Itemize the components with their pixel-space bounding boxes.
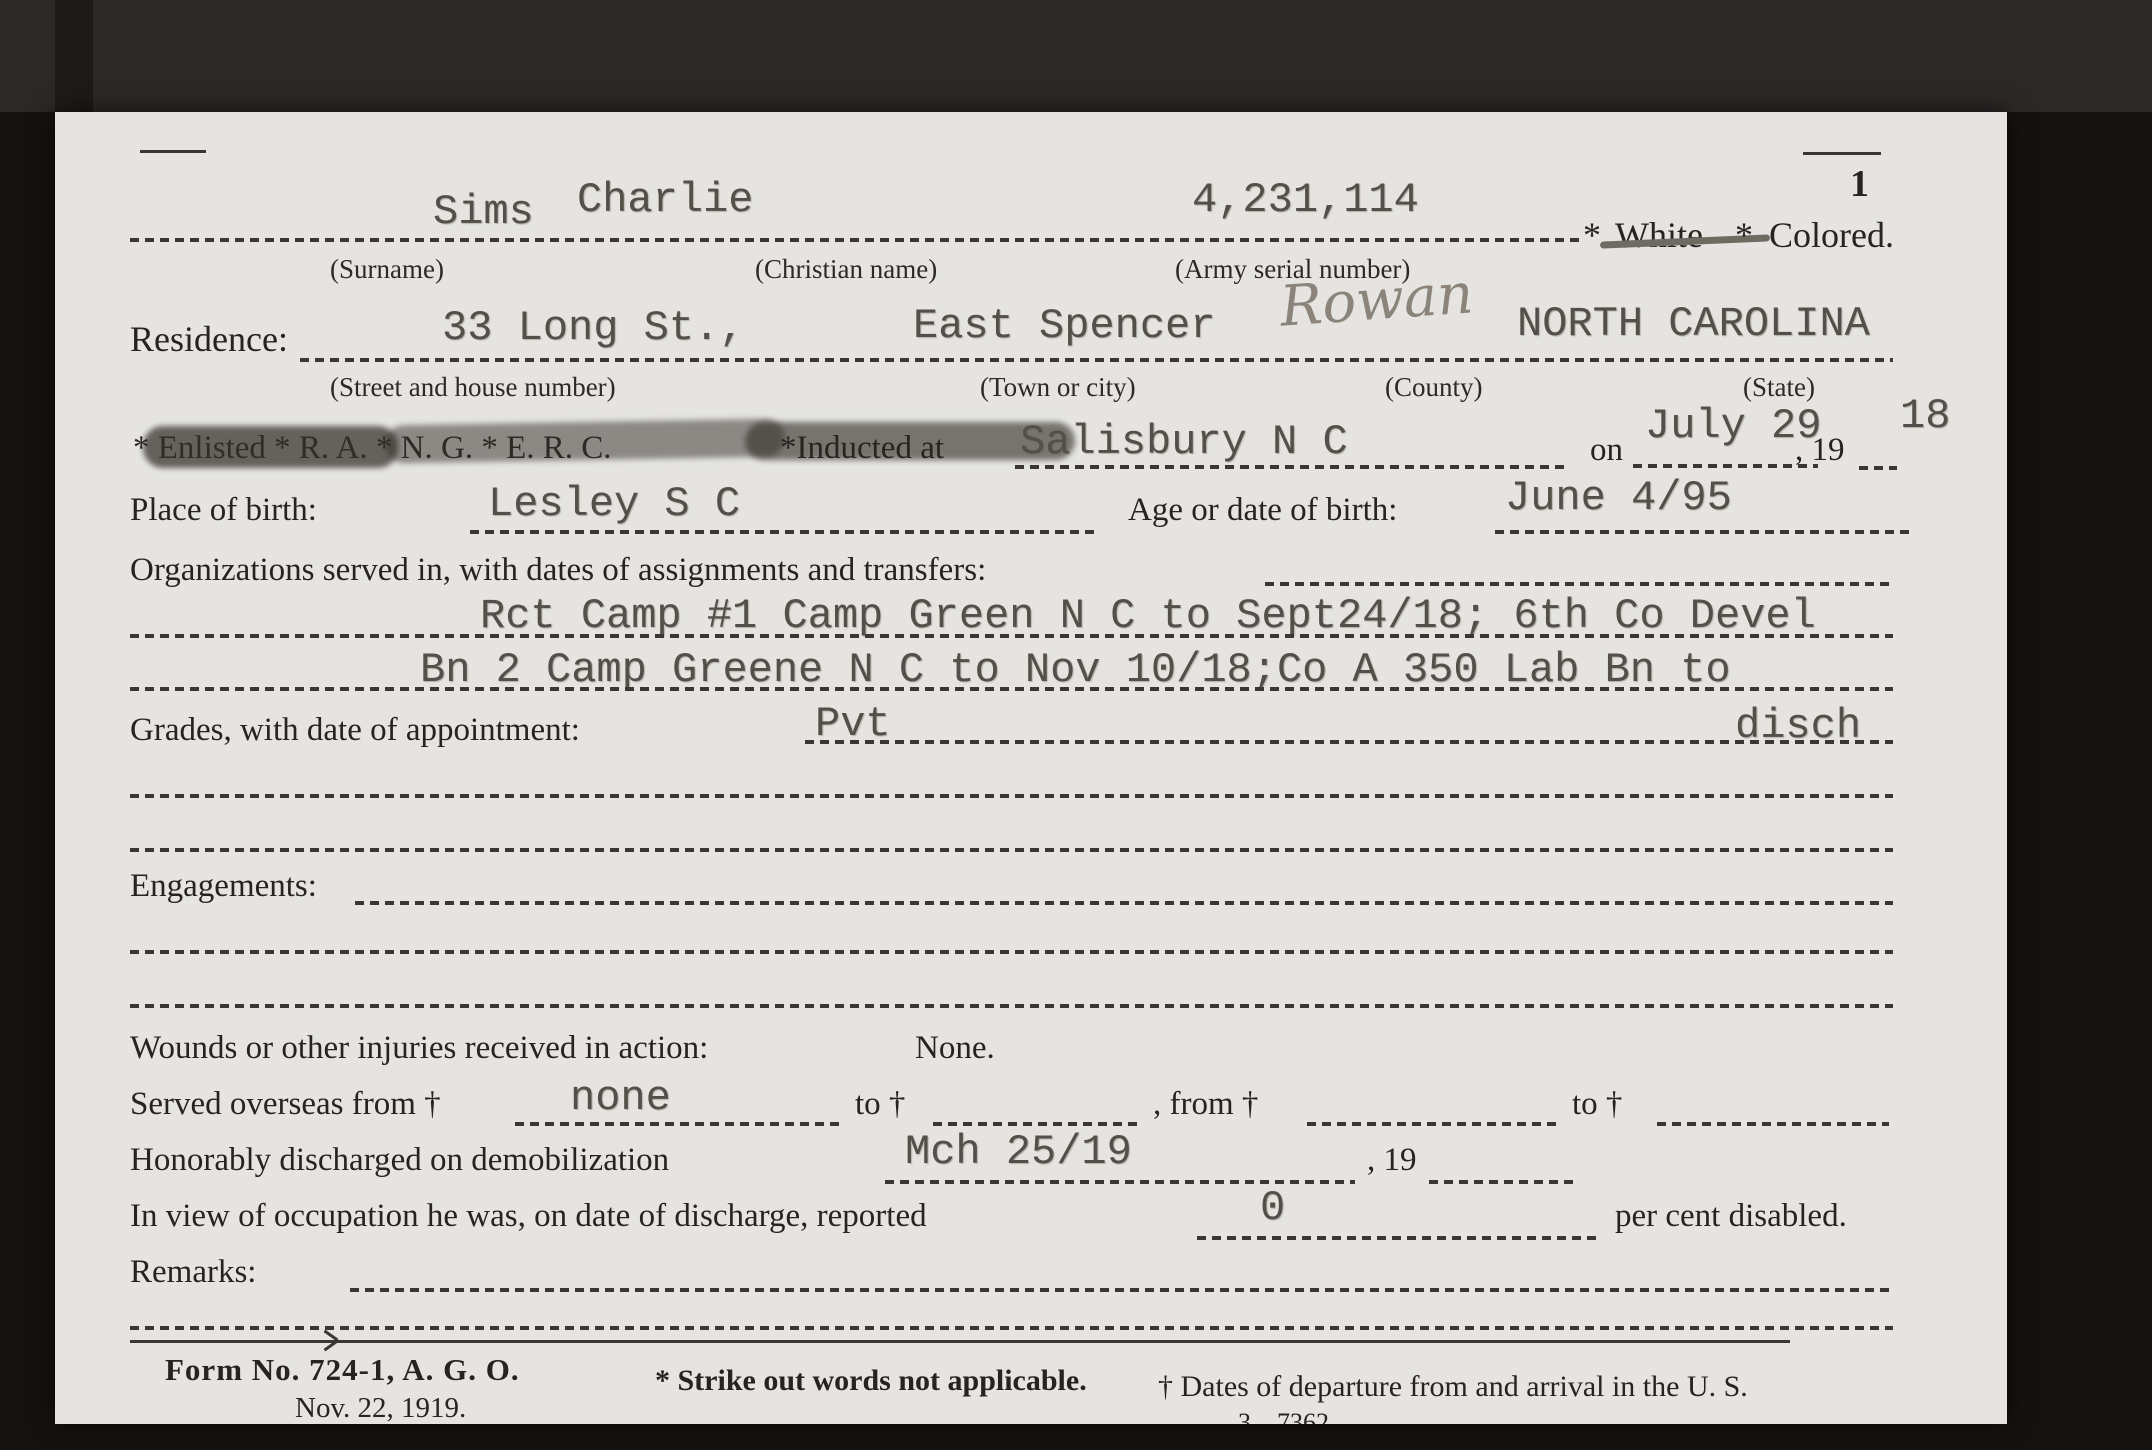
induction-date-line bbox=[1633, 464, 1818, 468]
birth-place-label: Place of birth: bbox=[130, 492, 317, 529]
surname-label: (Surname) bbox=[330, 254, 444, 285]
on-label: on bbox=[1590, 432, 1623, 469]
age-value: June 4/95 bbox=[1505, 474, 1732, 522]
wounds-label: Wounds or other injuries received in act… bbox=[130, 1030, 708, 1067]
christian-name-value: Charlie bbox=[577, 176, 753, 224]
town-label: (Town or city) bbox=[980, 372, 1136, 403]
scanner-background-top bbox=[0, 0, 2152, 112]
race-colored: Colored. bbox=[1769, 214, 1894, 256]
discharge-year-line bbox=[1429, 1180, 1579, 1184]
induction-place-value: Salisbury N C bbox=[1020, 418, 1348, 466]
race-asterisk-1: * bbox=[1583, 214, 1601, 256]
county-label: (County) bbox=[1385, 372, 1483, 403]
top-left-tick bbox=[140, 150, 206, 153]
grades-label: Grades, with date of appointment: bbox=[130, 712, 580, 749]
name-row-line bbox=[130, 238, 1585, 242]
surname-value: Sims bbox=[433, 188, 534, 236]
residence-state-value: NORTH CAROLINA bbox=[1517, 300, 1870, 348]
street-label: (Street and house number) bbox=[330, 372, 616, 403]
service-record-card: 1 Sims Charlie 4,231,114 * White * Color… bbox=[55, 112, 2007, 1424]
page-number: 1 bbox=[1850, 162, 1869, 206]
year-prefix: , 19 bbox=[1795, 432, 1845, 469]
blank-rule bbox=[130, 1004, 1893, 1008]
inducted-at-label: *Inducted at bbox=[780, 430, 944, 467]
race-white: White bbox=[1615, 214, 1703, 256]
overseas-from-label-2: , from † bbox=[1153, 1086, 1258, 1123]
disability-suffix: per cent disabled. bbox=[1615, 1198, 1847, 1235]
residence-label: Residence: bbox=[130, 318, 288, 360]
discharge-date-value: Mch 25/19 bbox=[905, 1128, 1132, 1176]
strikeout-smudge bbox=[143, 426, 398, 468]
engagements-label: Engagements: bbox=[130, 868, 317, 905]
grades-right-value: disch bbox=[1735, 702, 1861, 750]
print-code: 3—7362 bbox=[1238, 1408, 1329, 1424]
organizations-label-line bbox=[1265, 582, 1893, 586]
overseas-line-4 bbox=[1657, 1122, 1889, 1126]
engagements-line bbox=[355, 901, 1893, 905]
overseas-label: Served overseas from † bbox=[130, 1086, 441, 1123]
overseas-line-3 bbox=[1307, 1122, 1557, 1126]
induction-year-value: 18 bbox=[1900, 392, 1950, 440]
year-line bbox=[1859, 466, 1897, 470]
serial-number-value: 4,231,114 bbox=[1192, 176, 1419, 224]
form-date: Nov. 22, 1919. bbox=[295, 1392, 466, 1424]
footer-dashed-rule bbox=[130, 1326, 1893, 1330]
residence-row-line bbox=[300, 358, 1893, 362]
organizations-line1-value: Rct Camp #1 Camp Green N C to Sept24/18;… bbox=[480, 592, 1816, 640]
strikeout-smudge bbox=[385, 419, 786, 464]
discharge-year-prefix: , 19 bbox=[1367, 1142, 1417, 1179]
disability-line bbox=[1197, 1236, 1597, 1240]
organizations-label: Organizations served in, with dates of a… bbox=[130, 552, 986, 589]
race-asterisk-2: * bbox=[1735, 214, 1753, 256]
organizations-line2-rule bbox=[130, 687, 1893, 691]
overseas-from-value: none bbox=[570, 1074, 671, 1122]
residence-county-handwritten: Rowan bbox=[1278, 261, 1475, 339]
residence-town-value: East Spencer bbox=[913, 302, 1215, 350]
christian-name-label: (Christian name) bbox=[755, 254, 937, 285]
disability-label: In view of occupation he was, on date of… bbox=[130, 1198, 927, 1235]
blank-rule bbox=[130, 794, 1893, 798]
footer-note-dagger: † Dates of departure from and arrival in… bbox=[1158, 1370, 1748, 1404]
wounds-value: None. bbox=[915, 1030, 995, 1067]
remarks-label: Remarks: bbox=[130, 1254, 256, 1291]
age-line bbox=[1495, 530, 1910, 534]
age-label: Age or date of birth: bbox=[1128, 492, 1397, 529]
overseas-line-1 bbox=[515, 1122, 845, 1126]
remarks-line bbox=[350, 1288, 1890, 1292]
state-label: (State) bbox=[1743, 372, 1815, 403]
footer-note-strike: * Strike out words not applicable. bbox=[655, 1364, 1087, 1398]
form-number: Form No. 724-1, A. G. O. bbox=[165, 1352, 520, 1388]
organizations-line1-rule bbox=[130, 634, 1893, 638]
grades-line bbox=[805, 740, 1893, 744]
birth-place-line bbox=[470, 530, 1100, 534]
page-number-overline bbox=[1803, 152, 1881, 155]
blank-rule bbox=[130, 848, 1893, 852]
disability-value: 0 bbox=[1260, 1184, 1285, 1232]
residence-street-value: 33 Long St., bbox=[442, 304, 744, 352]
overseas-line-2 bbox=[933, 1122, 1143, 1126]
birth-place-value: Lesley S C bbox=[488, 480, 740, 528]
discharge-label: Honorably discharged on demobilization bbox=[130, 1142, 669, 1179]
induction-place-line bbox=[1015, 465, 1565, 469]
overseas-to-label-2: to † bbox=[1572, 1086, 1622, 1123]
scanner-background-left-strip bbox=[55, 0, 93, 112]
overseas-to-label-1: to † bbox=[855, 1086, 905, 1123]
footer-solid-rule bbox=[130, 1340, 1790, 1343]
blank-rule bbox=[130, 950, 1893, 954]
